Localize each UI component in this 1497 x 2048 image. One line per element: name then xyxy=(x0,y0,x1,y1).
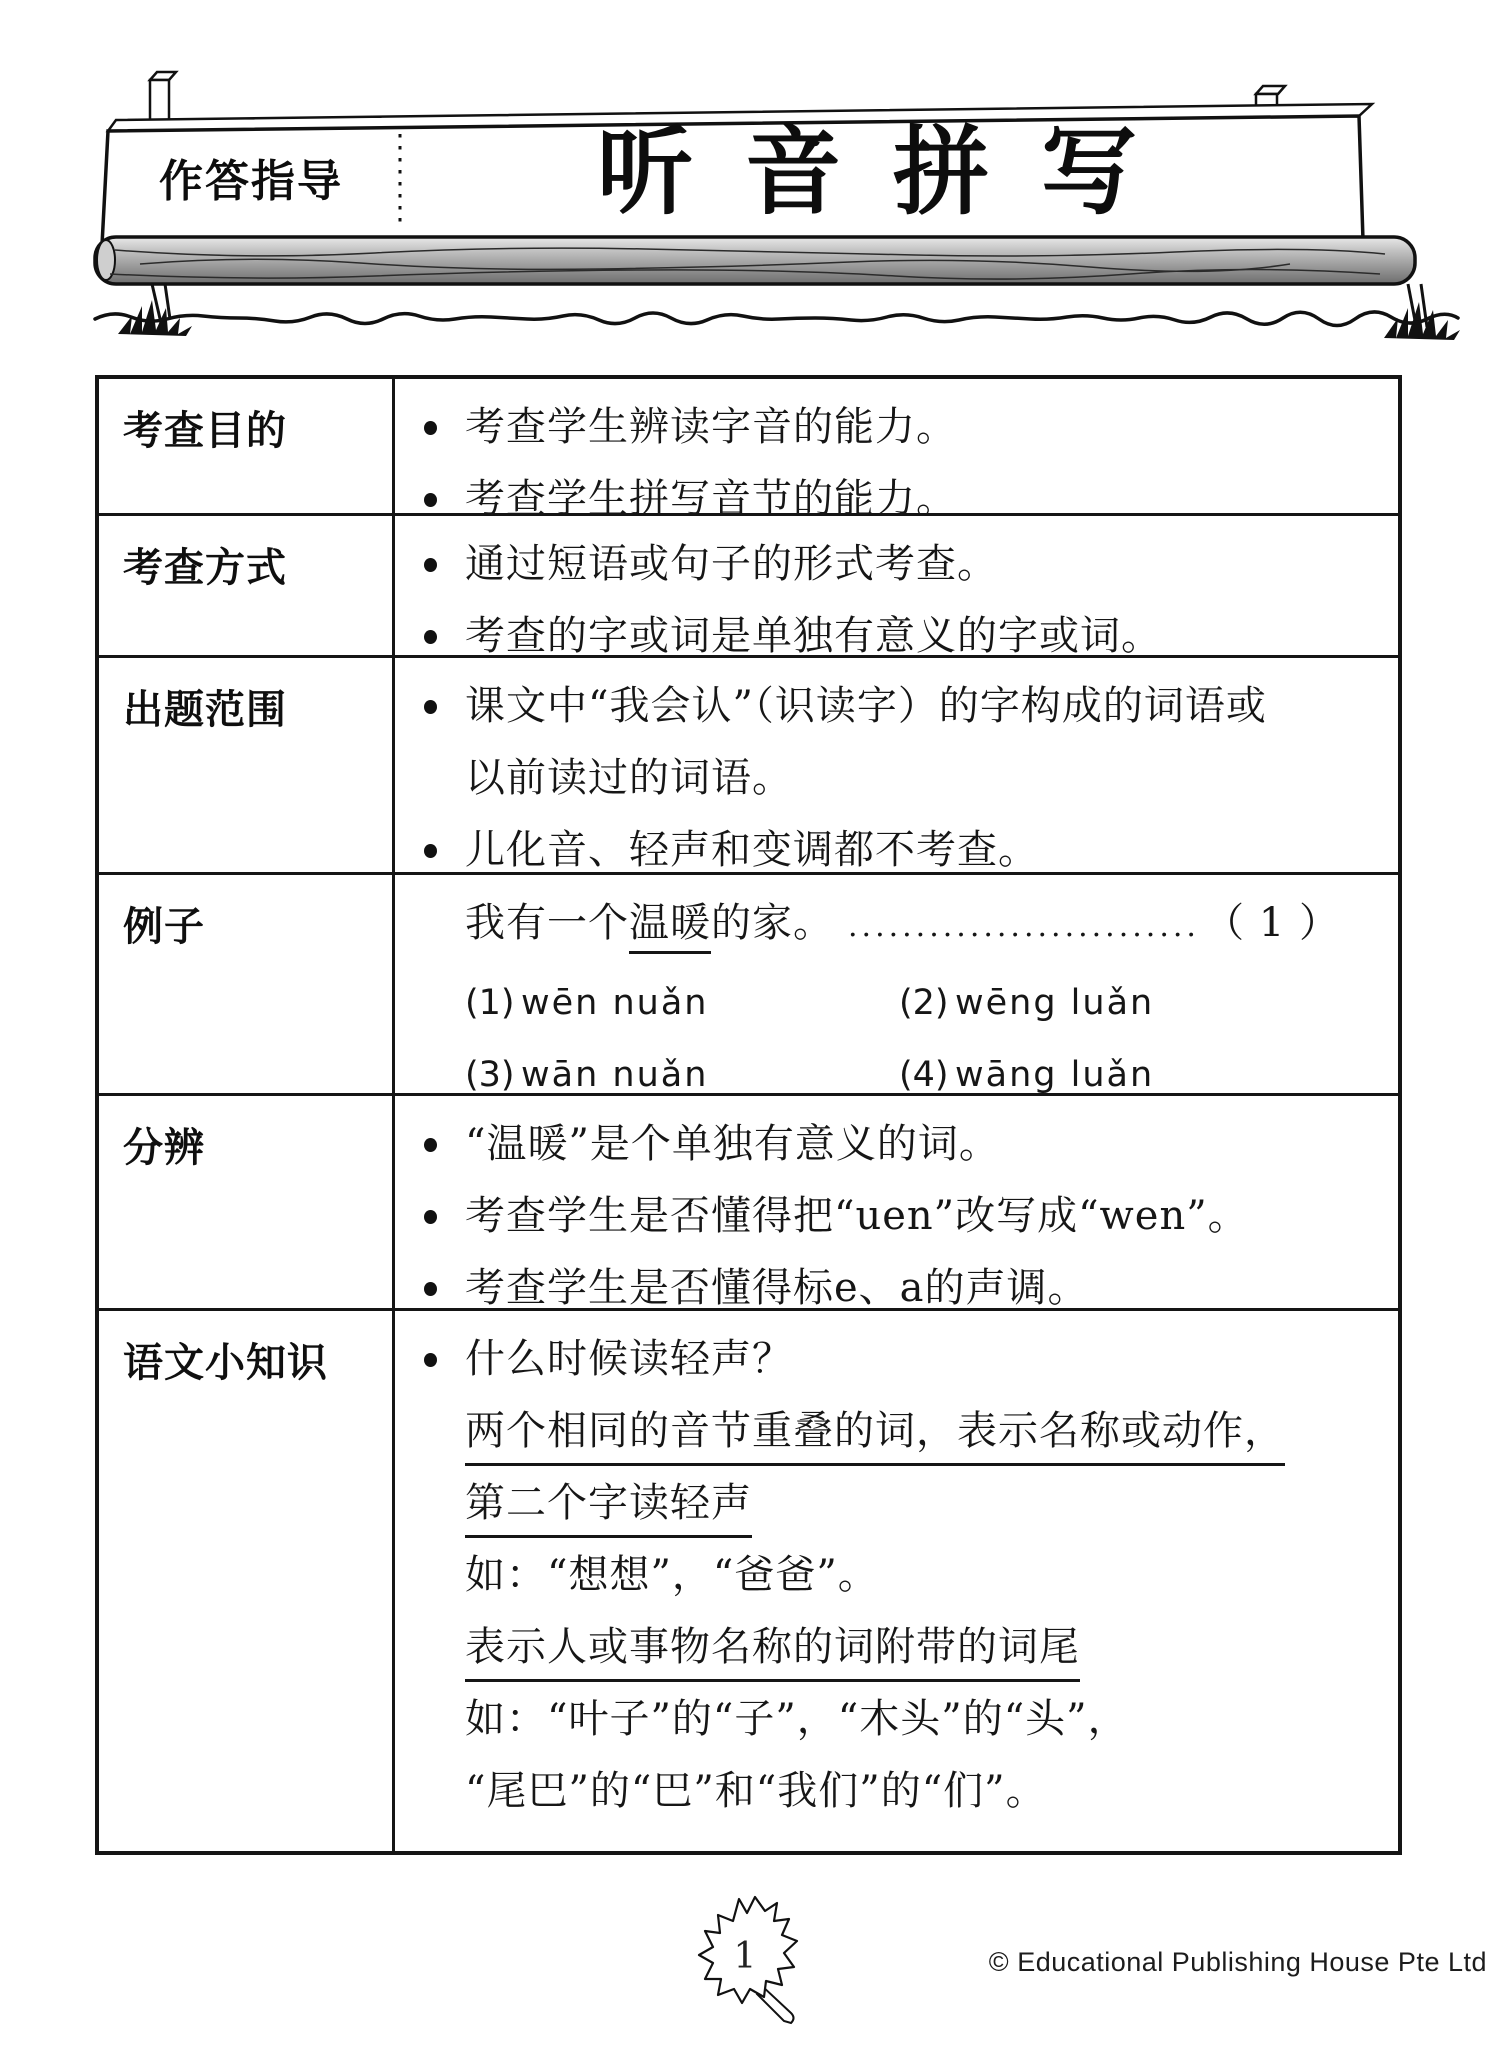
row-header-example: 例子 xyxy=(99,875,395,1093)
underlined-word: 温暖 xyxy=(629,900,711,954)
bullet-icon xyxy=(424,1282,437,1296)
bullet-icon xyxy=(424,1210,437,1224)
bullet-icon xyxy=(424,1353,437,1367)
guidance-table: 考查目的 考查学生辨读字音的能力。 考查学生拼写音节的能力。 考查方式 通过短语… xyxy=(95,375,1402,1855)
bullet-line: 考查的字或词是单独有意义的字或词。 xyxy=(395,600,1398,672)
example-sentence: 我有一个温暖的家。 xyxy=(465,887,834,959)
answer-blank: （ 1 ） xyxy=(1204,887,1340,959)
bullet-line: 什么时候读轻声？ xyxy=(395,1323,1398,1395)
bullet-icon xyxy=(424,844,437,858)
bullet-line: “温暖”是个单独有意义的词。 xyxy=(395,1108,1398,1180)
row-question-scope: 出题范围 课文中“我会认”（识读字）的字构成的词语或 以前读过的词语。 儿化音、… xyxy=(99,655,1398,872)
row-exam-purpose: 考查目的 考查学生辨读字音的能力。 考查学生拼写音节的能力。 xyxy=(99,379,1398,513)
example-line: 如：“叶子”的“子”，“木头”的“头”， xyxy=(395,1683,1398,1755)
bullet-line: 考查学生辨读字音的能力。 xyxy=(395,391,1398,463)
wood-log xyxy=(95,237,1415,284)
row-header-language-tip: 语文小知识 xyxy=(99,1311,395,1851)
bullet-line: 通过短语或句子的形式考查。 xyxy=(395,528,1398,600)
bullet-icon xyxy=(424,630,437,644)
bullet-icon xyxy=(424,558,437,572)
row-distinguish: 分辨 “温暖”是个单独有意义的词。 考查学生是否懂得把“uen”改写成“wen”… xyxy=(99,1093,1398,1308)
rule-line: 表示人或事物名称的词附带的词尾 xyxy=(395,1611,1398,1683)
row-header-exam-method: 考查方式 xyxy=(99,516,395,655)
row-example: 例子 我有一个温暖的家。 ...........................… xyxy=(99,872,1398,1093)
copyright-text: © Educational Publishing House Pte Ltd xyxy=(989,1947,1487,1978)
bullet-line: 考查学生是否懂得把“uen”改写成“wen”。 xyxy=(395,1180,1398,1252)
page-number: 1 xyxy=(723,1936,767,1977)
bullet-icon xyxy=(424,493,437,507)
bullet-icon xyxy=(424,421,437,435)
example-line: “尾巴”的“巴”和“我们”的“们”。 xyxy=(395,1755,1398,1827)
row-language-tip: 语文小知识 什么时候读轻声？ 两个相同的音节重叠的词，表示名称或动作， 第二个字… xyxy=(99,1308,1398,1851)
bullet-line: 考查学生是否懂得标e、a的声调。 xyxy=(395,1252,1398,1324)
rule-line: 两个相同的音节重叠的词，表示名称或动作， xyxy=(395,1395,1398,1467)
row-header-distinguish: 分辨 xyxy=(99,1096,395,1308)
bullet-line: 儿化音、轻声和变调都不考查。 xyxy=(395,814,1398,886)
mcq-options: (1)wēn nuǎn (2)wēng luǎn (3)wān nuǎn (4)… xyxy=(465,967,1398,1111)
dotted-leader: ........................................… xyxy=(848,891,1198,963)
row-header-exam-purpose: 考查目的 xyxy=(99,379,395,513)
bullet-line: 课文中“我会认”（识读字）的字构成的词语或 xyxy=(395,670,1398,742)
example-sentence-line: 我有一个温暖的家。 ..............................… xyxy=(395,887,1398,963)
row-exam-method: 考查方式 通过短语或句子的形式考查。 考查的字或词是单独有意义的字或词。 xyxy=(99,513,1398,655)
row-header-question-scope: 出题范围 xyxy=(99,658,395,872)
continuation-line: 以前读过的词语。 xyxy=(395,742,1398,814)
option-2: (2)wēng luǎn xyxy=(899,967,1398,1039)
option-1: (1)wēn nuǎn xyxy=(465,967,899,1039)
workbook-page: { "banner": { "tag": "作答指导", "title": "听… xyxy=(0,0,1497,2048)
ground-wavy-line xyxy=(95,312,1458,326)
bullet-line: 考查学生拼写音节的能力。 xyxy=(395,463,1398,535)
rule-line: 第二个字读轻声 xyxy=(395,1467,1398,1539)
page-title: 听音拼写 xyxy=(402,110,1358,234)
bullet-icon xyxy=(424,700,437,714)
bullet-icon xyxy=(424,1138,437,1152)
banner-section-tag: 作答指导 xyxy=(104,130,398,234)
example-line: 如：“想想”，“爸爸”。 xyxy=(395,1539,1398,1611)
